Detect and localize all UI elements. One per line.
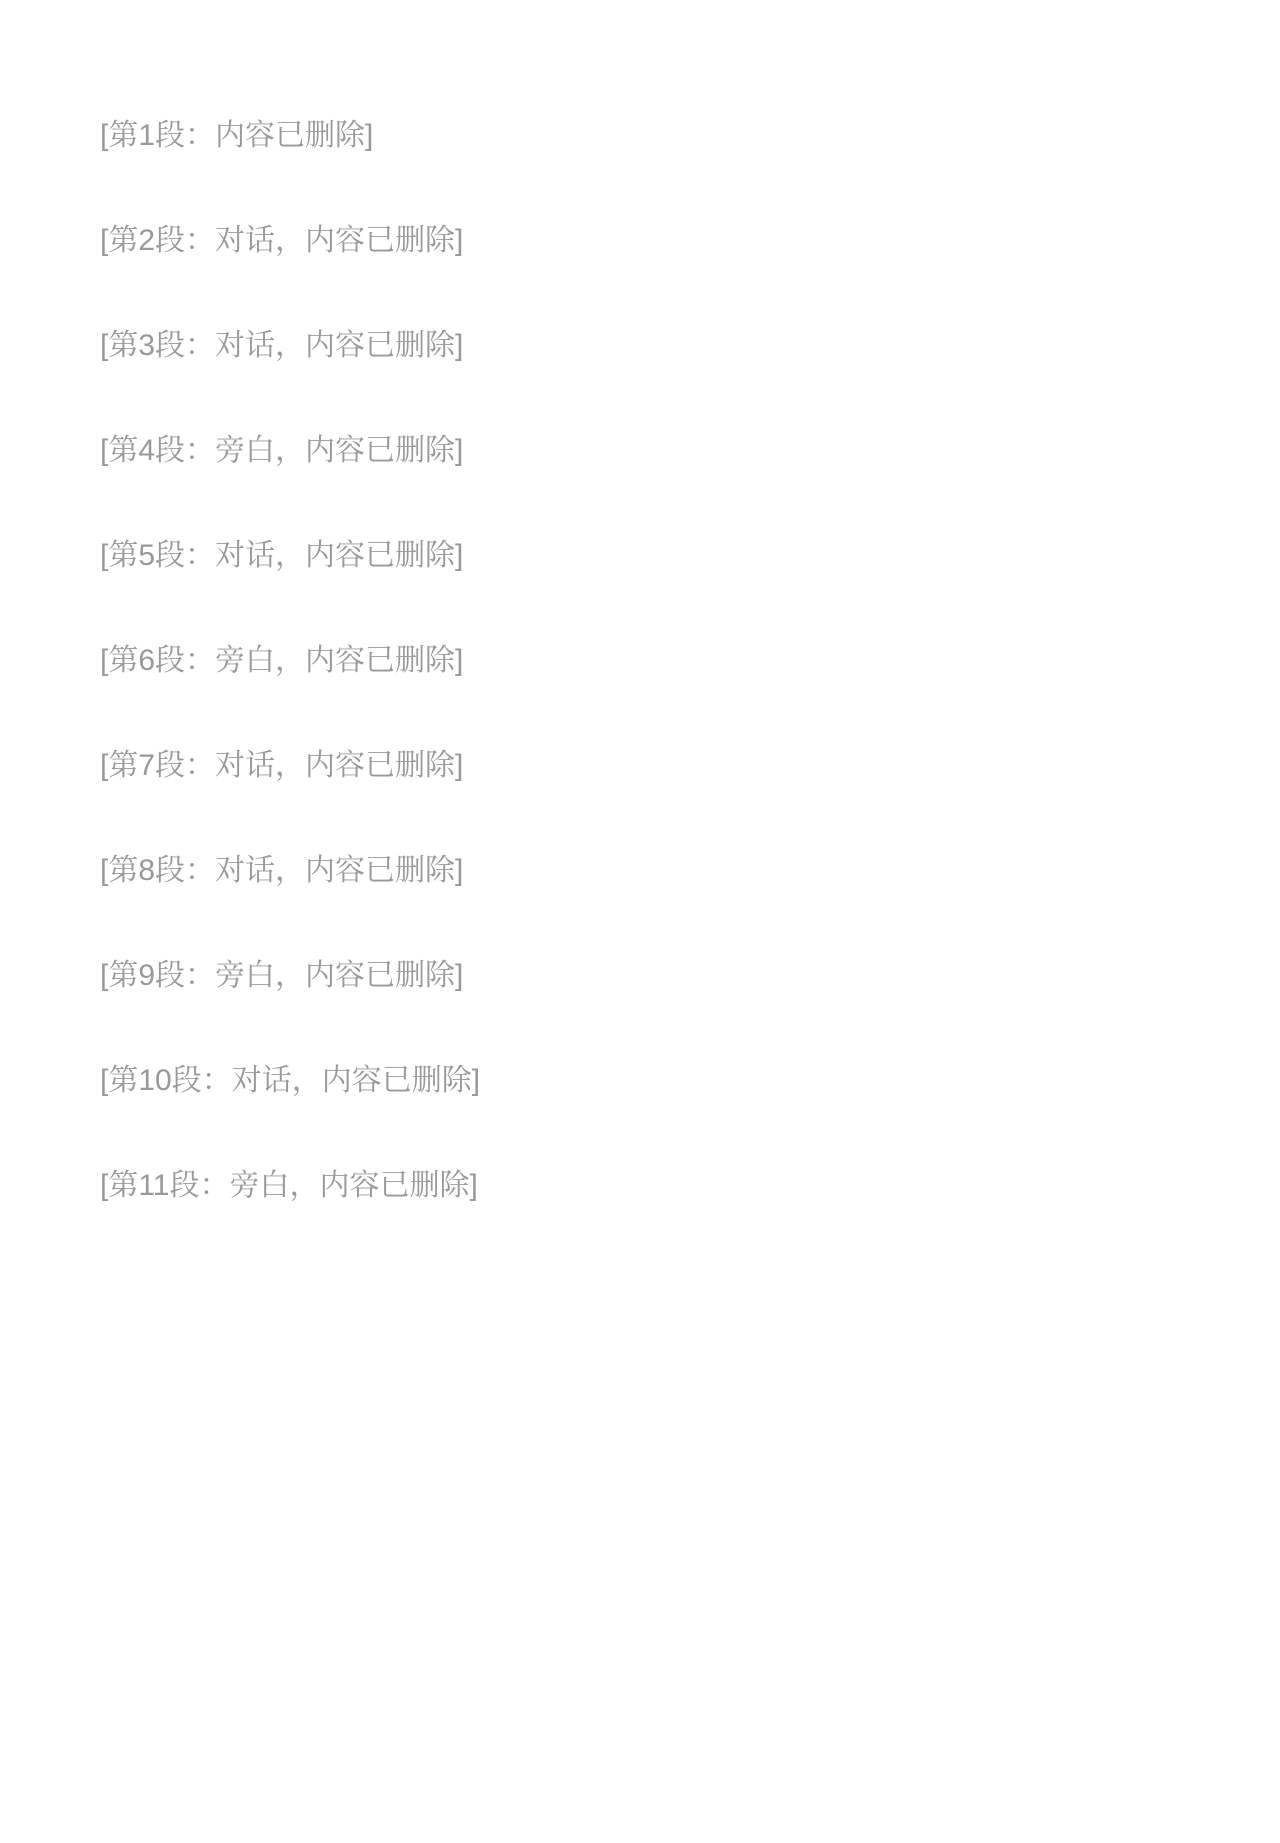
paragraph-10: [第10段：对话，内容已删除]: [40, 1033, 1240, 1128]
paragraph-11: [第11段：旁白，内容已删除]: [40, 1138, 1240, 1233]
paragraph-container: [第1段：内容已删除][第2段：对话，内容已删除][第3段：对话，内容已删除][…: [40, 88, 1240, 1233]
paragraph-4: [第4段：旁白，内容已删除]: [40, 403, 1240, 498]
paragraph-7: [第7段：对话，内容已删除]: [40, 718, 1240, 813]
paragraph-8: [第8段：对话，内容已删除]: [40, 823, 1240, 918]
paragraph-1: [第1段：内容已删除]: [40, 88, 1240, 183]
paragraph-5: [第5段：对话，内容已删除]: [40, 508, 1240, 603]
novel-page: [第1段：内容已删除][第2段：对话，内容已删除][第3段：对话，内容已删除][…: [0, 0, 1280, 1843]
paragraph-3: [第3段：对话，内容已删除]: [40, 298, 1240, 393]
paragraph-6: [第6段：旁白，内容已删除]: [40, 613, 1240, 708]
paragraph-9: [第9段：旁白，内容已删除]: [40, 928, 1240, 1023]
paragraph-2: [第2段：对话，内容已删除]: [40, 193, 1240, 288]
